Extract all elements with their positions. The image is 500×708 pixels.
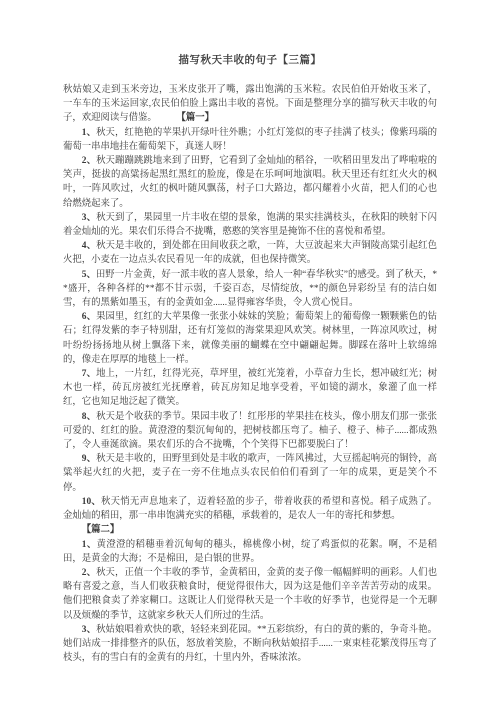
part1-item-3: 3、秋天到了，果园里一片丰收在望的景象，饱满的果实挂满枝头，在秋阳的映射下闪着金… [63,211,437,239]
item-text: 秋天，红艳艳的苹果扒开绿叶往外瞧；小红灯笼似的枣子挂满了枝头；像紫玛瑙的葡萄一串… [63,128,437,152]
item-text: 秋天到了，果园里一片丰收在望的景象，饱满的果实挂满枝头，在秋阳的映射下闪着金灿灿… [63,213,437,237]
item-number: 2、 [82,568,96,578]
item-text: 秋天悄无声息地来了，迈着轻盈的步子，带着收获的希望和喜悦。稻子成熟了。金灿灿的稻… [63,497,437,521]
item-text: 田野一片金黄，好一派丰收的喜人景象，给人一种“春华秋实”的感受。到了秋天，**盛… [63,270,437,308]
part1-item-4: 4、秋天是丰收的，到处都在田间收获之歌，一阵，大豆波起来大声铜陵高粱引起红色火把… [63,239,437,267]
part1-item-2: 2、秋天蹦蹦跳跳地来到了田野，它看到了金灿灿的稻谷，一吹稻田里发出了哗啦啦的笑声… [63,154,437,211]
part2-item-3: 3、秋姑娘唱着欢快的歌，轻轻来到花园。**五彩缤纷，有白的黄的紫的，争奇斗艳。她… [63,623,437,666]
item-number: 9、 [82,454,96,464]
section-two-heading: 【篇二】 [63,523,437,537]
part1-item-1: 1、秋天，红艳艳的苹果扒开绿叶往外瞧；小红灯笼似的枣子挂满了枝头；像紫玛瑙的葡萄… [63,126,437,154]
document-page: 描写秋天丰收的句子【三篇】 秋姑娘又走到玉米旁边，玉米皮张开了嘴，露出饱满的玉米… [0,0,500,708]
item-text: 黄澄澄的稻穗垂着沉甸甸的穗头，棉桃像小树，绽了鸡蛋似的花絮。啊，不是稻田，是黄金… [63,540,437,564]
item-text: 地上，一片红，红得光亮，草坪里，被红光笼着，小草奋力生长，想冲破红光；树木也一样… [63,369,437,407]
intro-text: 秋姑娘又走到玉米旁边，玉米皮张开了嘴，露出饱满的玉米粒。农民伯伯开始收玉米了，一… [63,85,437,123]
part1-item-9: 9、秋天是丰收的，田野里到处是丰收的歌声，一阵风拂过，大豆摇起响亮的铜铃，高粱举… [63,452,437,495]
item-number: 4、 [82,241,96,251]
part2-item-1: 1、黄澄澄的稻穗垂着沉甸甸的穗头，棉桃像小树，绽了鸡蛋似的花絮。啊，不是稻田，是… [63,538,437,566]
document-title: 描写秋天丰收的句子【三篇】 [63,54,437,67]
item-text: 秋天，正值一个丰收的季节，金黄稻田，金黄的麦子像一幅幅鲜明的画彩。人们也略有喜爱… [63,568,437,621]
item-number: 5、 [82,270,96,280]
part1-item-8: 8、秋天是个收获的季节。果园丰收了！红彤彤的苹果挂在枝头，像小朋友们那一张张可爱… [63,410,437,453]
part1-item-6: 6、果园里，红红的大苹果像一张张小妹妹的笑脸；葡萄架上的葡萄像一颗颗紫色的钻石；… [63,310,437,367]
item-number: 8、 [82,412,96,422]
item-text: 秋天是个收获的季节。果园丰收了！红彤彤的苹果挂在枝头，像小朋友们那一张张可爱的、… [63,412,437,450]
part1-item-10: 10、秋天悄无声息地来了，迈着轻盈的步子，带着收获的希望和喜悦。稻子成熟了。金灿… [63,495,437,523]
item-number: 6、 [82,312,96,322]
item-number: 7、 [82,369,96,379]
intro-paragraph: 秋姑娘又走到玉米旁边，玉米皮张开了嘴，露出饱满的玉米粒。农民伯伯开始收玉米了，一… [63,83,437,126]
section-one-label: 【篇一】 [181,113,214,123]
part1-item-7: 7、地上，一片红，红得光亮，草坪里，被红光笼着，小草奋力生长，想冲破红光；树木也… [63,367,437,410]
item-text: 秋天是丰收的，田野里到处是丰收的歌声，一阵风拂过，大豆摇起响亮的铜铃，高粱举起火… [63,454,437,492]
item-number: 1、 [82,540,97,550]
item-text: 秋姑娘唱着欢快的歌，轻轻来到花园。**五彩缤纷，有白的黄的紫的，争奇斗艳。她们站… [63,625,437,663]
part2-item-2: 2、秋天，正值一个丰收的季节，金黄稻田，金黄的麦子像一幅幅鲜明的画彩。人们也略有… [63,566,437,623]
item-number: 10、 [82,497,101,507]
item-number: 3、 [82,625,96,635]
item-number: 2、 [82,156,96,166]
item-text: 秋天是丰收的，到处都在田间收获之歌，一阵，大豆波起来大声铜陵高粱引起红色火把，小… [63,241,437,265]
item-number: 1、 [82,128,96,138]
item-text: 秋天蹦蹦跳跳地来到了田野，它看到了金灿灿的稻谷，一吹稻田里发出了哗啦啦的笑声，挺… [63,156,437,209]
part1-item-5: 5、田野一片金黄，好一派丰收的喜人景象，给人一种“春华秋实”的感受。到了秋天，*… [63,268,437,311]
item-number: 3、 [82,213,96,223]
item-text: 果园里，红红的大苹果像一张张小妹妹的笑脸；葡萄架上的葡萄像一颗颗紫色的钻石；红得… [63,312,437,365]
